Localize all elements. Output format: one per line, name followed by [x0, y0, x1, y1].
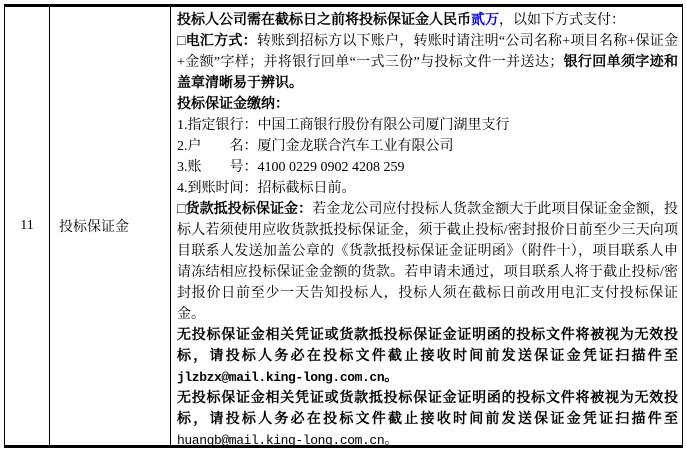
deposit-payment-heading: 投标保证金缴纳：: [177, 97, 289, 112]
email-address-2: huangb@mail.king-long.com.cn: [177, 433, 384, 445]
document-page: 11 投标保证金 投标人公司需在截标日之前将投标保证金人民币贰万，以如下方式支付…: [0, 0, 687, 452]
row-number-cell: 11: [5, 7, 50, 445]
row-label-cell: 投标保证金: [50, 7, 171, 445]
designated-bank-item: 1.指定银行：中国工商银行股份有限公司厦门湖里支行: [177, 118, 510, 133]
intro-bold-text: 投标人公司需在截标日之前将投标保证金人民币: [177, 13, 471, 28]
deposit-details-cell: 投标人公司需在截标日之前将投标保证金人民币贰万，以如下方式支付：□电汇方式：转账…: [171, 7, 682, 445]
tender-info-table: 11 投标保证金 投标人公司需在截标日之前将投标保证金人民币贰万，以如下方式支付…: [4, 4, 683, 448]
paragraph: 投标保证金缴纳：: [177, 94, 678, 115]
account-name-item: 2.户 名：厦门金龙联合汽车工业有限公司: [177, 139, 454, 154]
paragraph: □货款抵投标保证金：若金龙公司应付投标人货款金额大于此项目保证金金额，投标人若须…: [177, 199, 678, 325]
intro-regular-text: ，以如下方式支付：: [499, 13, 625, 28]
paragraph: 投标人公司需在截标日之前将投标保证金人民币贰万，以如下方式支付：: [177, 10, 678, 31]
paragraph: □电汇方式：转账到招标方以下账户，转账时请注明“公司名称+项目名称+保证金+金额…: [177, 31, 678, 94]
arrival-time-item: 4.到账时间：招标截标日前。: [177, 181, 356, 196]
row-number: 11: [20, 218, 33, 234]
loan-offset-checkbox-and-heading: □货款抵投标保证金：: [177, 202, 312, 217]
paragraph: 1.指定银行：中国工商银行股份有限公司厦门湖里支行: [177, 115, 678, 136]
loan-offset-instructions: 若金龙公司应付投标人货款金额大于此项目保证金金额，投标人若须使用应收货款抵投标保…: [177, 202, 678, 322]
paragraph: 无投标保证金相关凭证或货款抵投标保证金证明函的投标文件将被视为无效投标，请投标人…: [177, 325, 678, 388]
paragraph: 2.户 名：厦门金龙联合汽车工业有限公司: [177, 136, 678, 157]
account-number-item: 3.账 号：4100 0229 0902 4208 259: [177, 160, 405, 175]
paragraph: 4.到账时间：招标截标日前。: [177, 178, 678, 199]
row-label: 投标保证金: [59, 216, 129, 236]
warning-2-period: 。: [384, 433, 398, 445]
deposit-amount-highlight: 贰万: [471, 13, 499, 28]
wire-transfer-checkbox-and-heading: □电汇方式：: [177, 34, 257, 49]
paragraph: 3.账 号：4100 0229 0902 4208 259: [177, 157, 678, 178]
email-address-1: jlzbzx@mail.king-long.com.cn: [177, 370, 384, 385]
warning-1-period: 。: [384, 370, 398, 385]
invalid-bid-warning-1: 无投标保证金相关凭证或货款抵投标保证金证明函的投标文件将被视为无效投标，请投标人…: [177, 328, 678, 364]
paragraph: 无投标保证金相关凭证或货款抵投标保证金证明函的投标文件将被视为无效投标，请投标人…: [177, 388, 678, 445]
invalid-bid-warning-2: 无投标保证金相关凭证或货款抵投标保证金证明函的投标文件将被视为无效投标，请投标人…: [177, 391, 678, 427]
